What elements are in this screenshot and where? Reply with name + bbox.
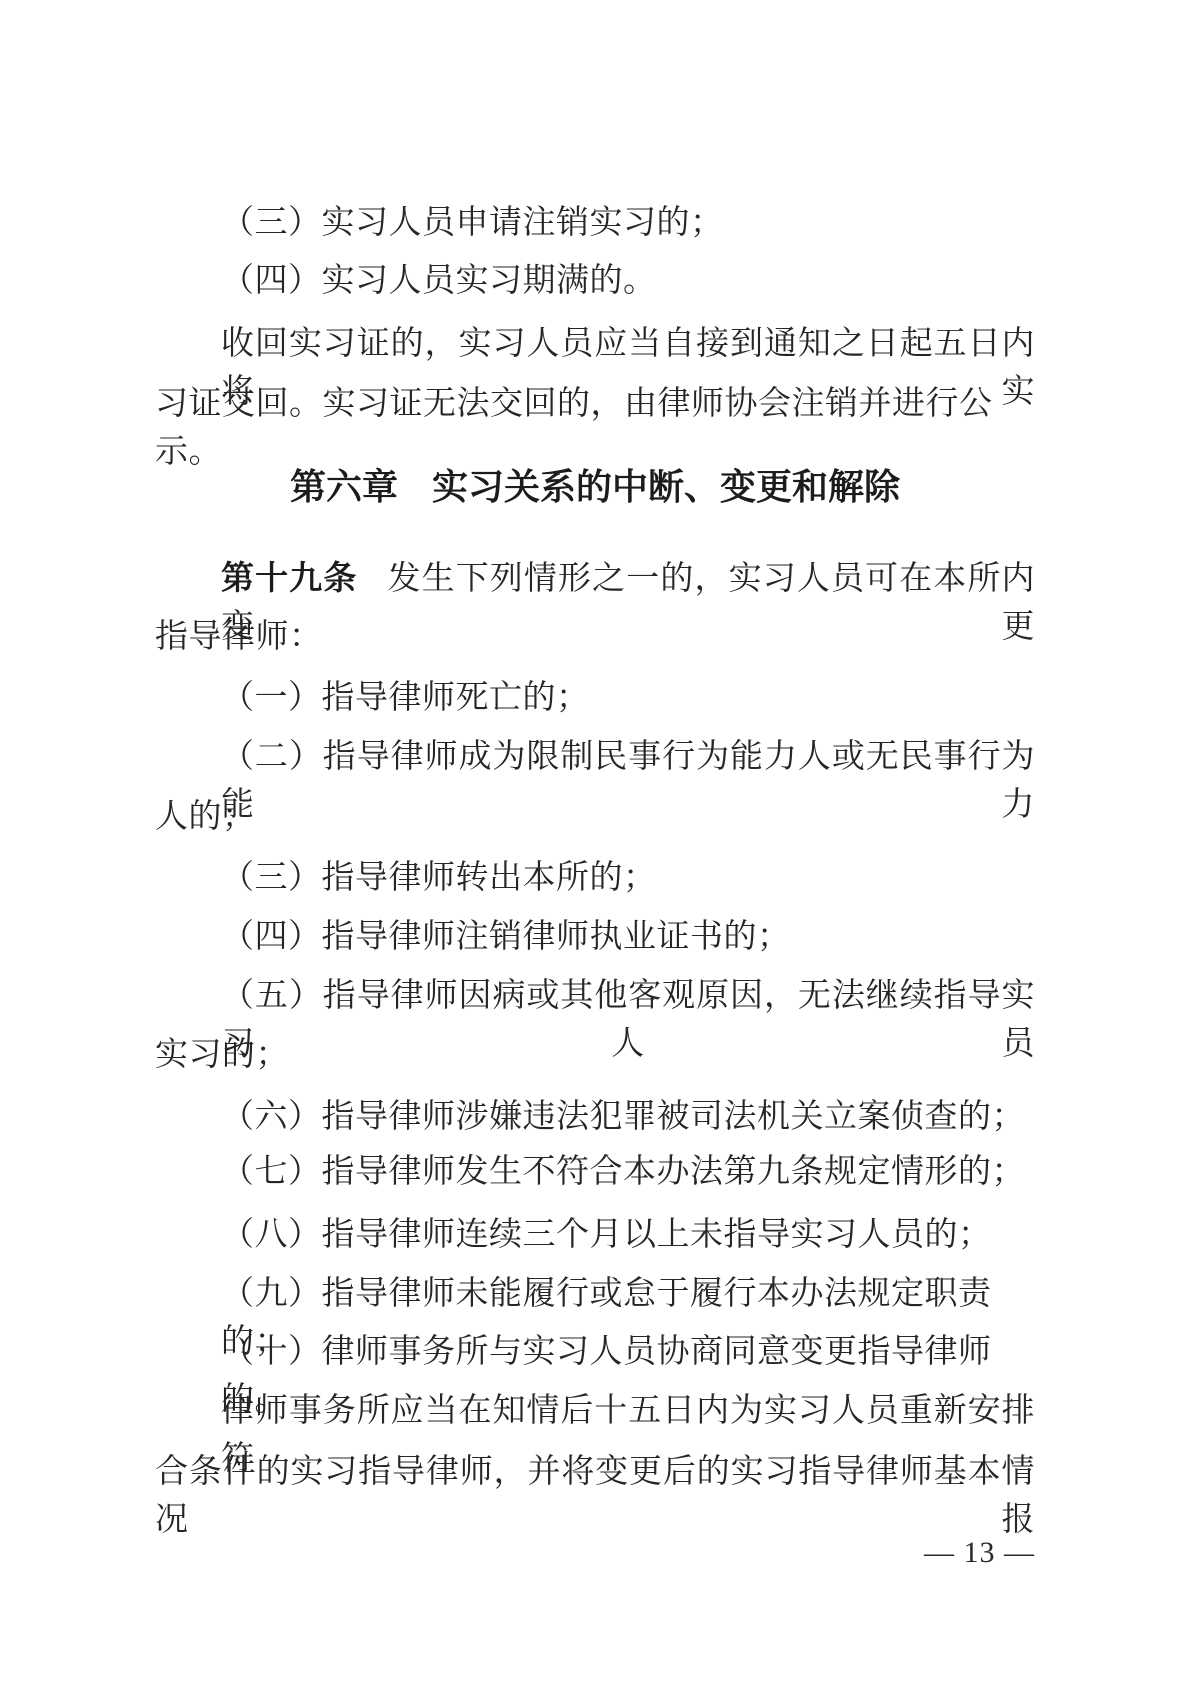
clause-item-8: （八）指导律师连续三个月以上未指导实习人员的； [221,1211,1035,1259]
chapter-title: 实习关系的中断、变更和解除 [432,466,900,507]
clause-item-4: （四）实习人员实习期满的。 [221,257,1035,305]
clause-item-3: （三）实习人员申请注销实习的； [221,199,1035,247]
document-page: （三）实习人员申请注销实习的； （四）实习人员实习期满的。 收回实习证的，实习人… [0,0,1199,1696]
article-number-label: 第十九条 [221,559,357,596]
chapter-label: 第六章 [290,466,398,507]
clause-item-2-cont: 人的； [155,793,1035,841]
clause-item-3b: （三）指导律师转出本所的； [221,854,1035,902]
page-number: — 13 — [924,1535,1035,1571]
clause-item-6: （六）指导律师涉嫌违法犯罪被司法机关立案侦查的； [221,1093,1035,1141]
paragraph-line: 合条件的实习指导律师，并将变更后的实习指导律师基本情况报 [155,1448,1035,1496]
clause-item-10: （十）律师事务所与实习人员协商同意变更指导律师的。 [221,1328,1035,1376]
page-content: （三）实习人员申请注销实习的； （四）实习人员实习期满的。 收回实习证的，实习人… [155,0,1035,1696]
clause-item-9: （九）指导律师未能履行或怠于履行本办法规定职责的； [221,1270,1035,1318]
paragraph-line: 习证交回。实习证无法交回的，由律师协会注销并进行公示。 [155,380,1035,428]
chapter-heading: 第六章实习关系的中断、变更和解除 [155,463,1035,511]
clause-item-4b: （四）指导律师注销律师执业证书的； [221,913,1035,961]
clause-item-5-cont: 实习的； [155,1031,1035,1079]
article-19-line: 第十九条发生下列情形之一的，实习人员可在本所内变更 [221,554,1035,602]
clause-item-2: （二）指导律师成为限制民事行为能力人或无民事行为能力 [221,733,1035,781]
paragraph-line: 收回实习证的，实习人员应当自接到通知之日起五日内将实 [221,320,1035,368]
paragraph-line: 指导律师： [155,613,1035,661]
clause-item-1: （一）指导律师死亡的； [221,674,1035,722]
clause-item-7: （七）指导律师发生不符合本办法第九条规定情形的； [221,1148,1035,1196]
clause-item-5: （五）指导律师因病或其他客观原因，无法继续指导实习人员 [221,972,1035,1020]
paragraph-line: 律师事务所应当在知情后十五日内为实习人员重新安排符 [221,1387,1035,1435]
